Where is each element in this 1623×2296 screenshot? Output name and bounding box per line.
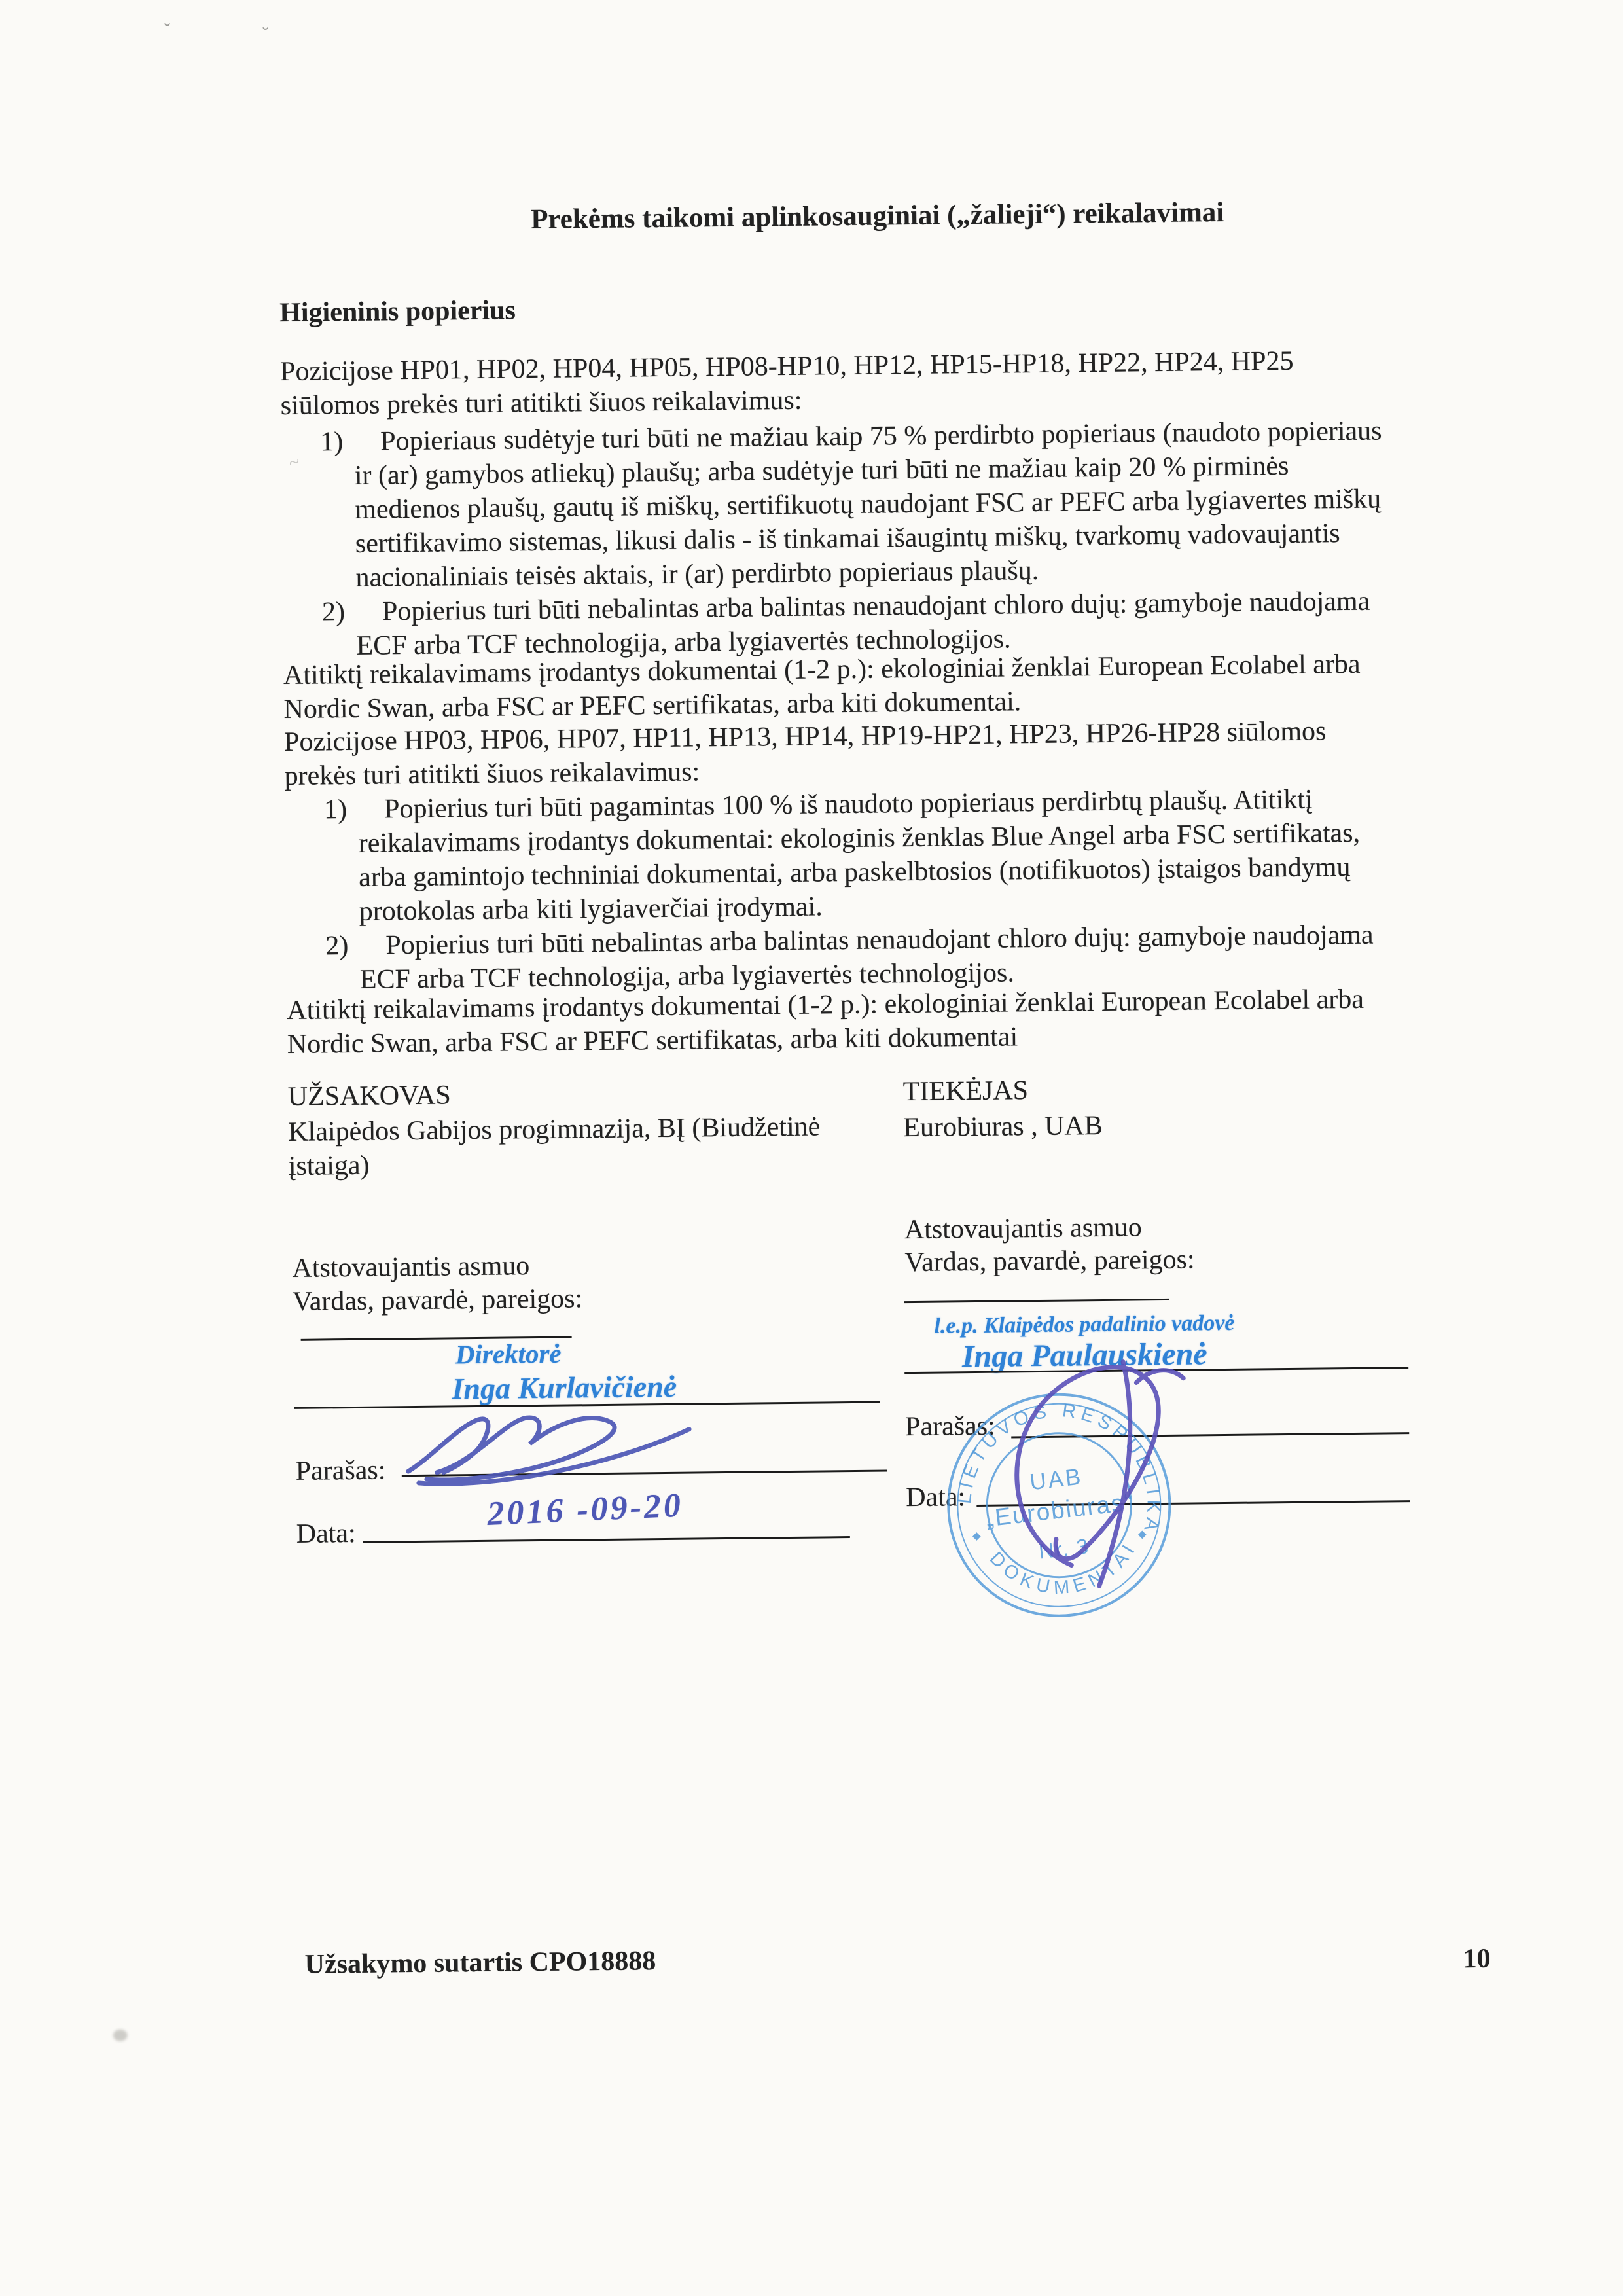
footer-contract-reference: Užsakymo sutartis CPO18888 xyxy=(304,1944,656,1982)
list-number: 1) xyxy=(320,425,344,459)
supplier-role-heading: TIEKĖJAS xyxy=(902,1073,1028,1109)
list-line: protokolas arba kiti lygiaverčiai įrodym… xyxy=(359,889,823,928)
list-number: 2) xyxy=(325,929,349,963)
supplier-representative-label: Atstovaujantis asmuo xyxy=(904,1210,1142,1247)
customer-handwritten-date: 2016 -09-20 xyxy=(486,1486,684,1534)
scan-artifact: ˘ xyxy=(262,24,269,46)
paragraph-line: Pozicijose HP01, HP02, HP04, HP05, HP08-… xyxy=(280,344,1294,389)
supplier-name-line: Eurobiuras , UAB xyxy=(903,1109,1103,1145)
scanned-document-page: ˘ ˘ ~ Prekėms taikomi aplinkosauginiai (… xyxy=(0,0,1623,2296)
list-number: 1) xyxy=(324,793,348,827)
customer-role-heading: UŽSAKOVAS xyxy=(287,1078,450,1114)
document-title: Prekėms taikomi aplinkosauginiai („žalie… xyxy=(278,193,1476,240)
customer-signature-label: Parašas: xyxy=(295,1453,385,1488)
customer-name-position-label: Vardas, pavardė, pareigos: xyxy=(293,1282,583,1319)
customer-representative-label: Atstovaujantis asmuo xyxy=(292,1249,529,1285)
section-heading: Higieninis popierius xyxy=(279,293,516,330)
supplier-name-position-label: Vardas, pavardė, pareigos: xyxy=(904,1243,1195,1280)
signature-line xyxy=(904,1299,1169,1303)
paragraph-line: Nordic Swan, arba FSC ar PEFC sertifikat… xyxy=(287,1020,1018,1062)
customer-name-line: įstaiga) xyxy=(289,1149,370,1183)
paragraph-line: siūlomos prekės turi atitikti šiuos reik… xyxy=(280,384,802,423)
scan-artifact: ~ xyxy=(286,450,302,475)
list-number: 2) xyxy=(322,595,346,629)
customer-stamped-title: Direktorė xyxy=(455,1338,562,1371)
scan-artifact: ˘ xyxy=(164,20,171,42)
signature-line xyxy=(363,1536,850,1543)
paragraph-line: prekės turi atitikti šiuos reikalavimus: xyxy=(284,755,700,793)
customer-stamped-name: Inga Kurlavičienė xyxy=(452,1369,677,1407)
scan-tilt-layer: ˘ ˘ ~ Prekėms taikomi aplinkosauginiai (… xyxy=(0,0,1623,2296)
supplier-handwritten-signature xyxy=(971,1342,1196,1600)
customer-date-label: Data: xyxy=(296,1516,355,1551)
supplier-stamped-title: l.e.p. Klaipėdos padalinio vadovė xyxy=(934,1311,1234,1339)
page-number: 10 xyxy=(1463,1942,1491,1976)
customer-name-line: Klaipėdos Gabijos progimnazija, BĮ (Biud… xyxy=(288,1109,820,1149)
scan-artifact xyxy=(113,2030,128,2041)
